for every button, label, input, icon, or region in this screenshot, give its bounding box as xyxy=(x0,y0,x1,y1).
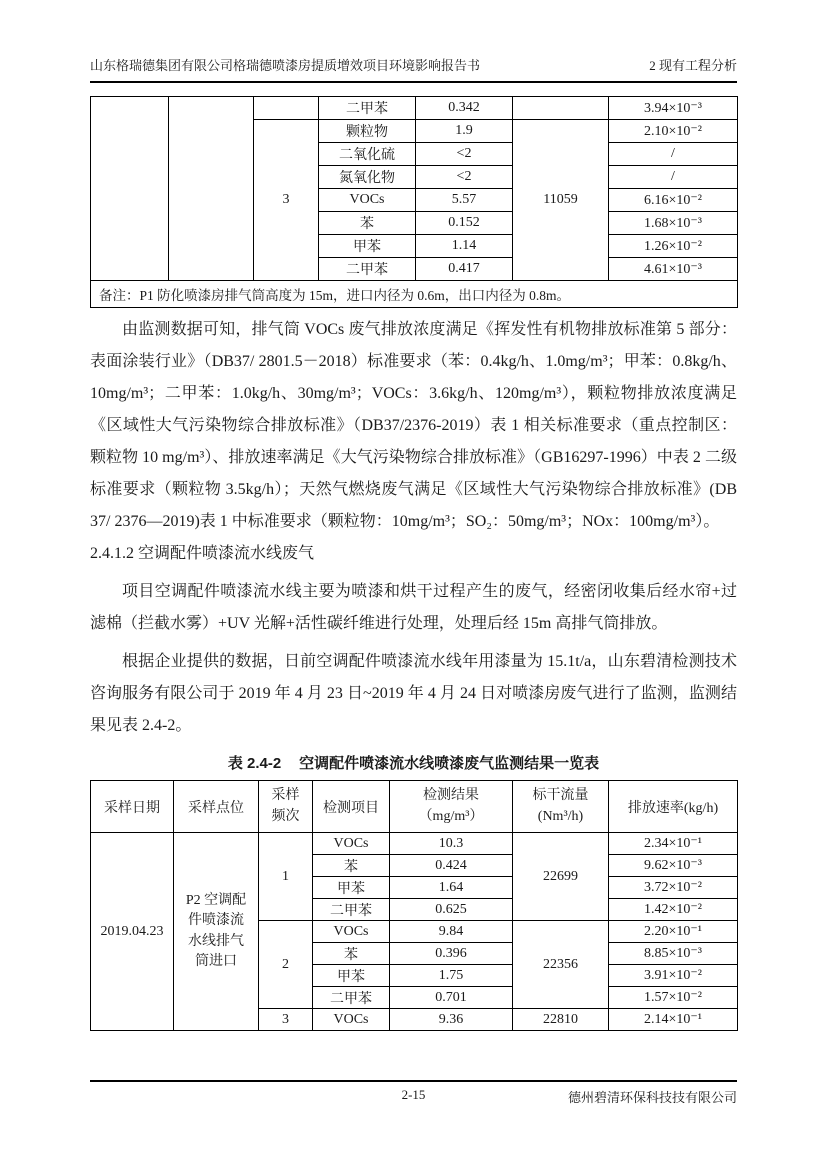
header-cell-flow: 标干流量 (Nm³/h) xyxy=(513,781,609,833)
document-page: 山东格瑞德集团有限公司格瑞德喷漆房提质增效项目环境影响报告书 2 现有工程分析 … xyxy=(0,0,827,1169)
cell-result: 9.36 xyxy=(390,1009,513,1031)
cell-rate: 1.42×10⁻² xyxy=(609,899,738,921)
cell-result: 0.152 xyxy=(416,212,513,235)
cell-item: 二甲苯 xyxy=(313,899,390,921)
paragraph-monitoring-intro: 根据企业提供的数据，日前空调配件喷漆流水线年用漆量为 15.1t/a，山东碧清检… xyxy=(90,646,737,742)
cell-rate: 1.68×10⁻³ xyxy=(609,212,738,235)
cell-rate: 2.20×10⁻¹ xyxy=(609,921,738,943)
cell-rate: 8.85×10⁻³ xyxy=(609,943,738,965)
cell-item: 苯 xyxy=(313,855,390,877)
cell-item: 颗粒物 xyxy=(319,120,416,143)
cell-result: 1.64 xyxy=(390,877,513,899)
header-cell-result: 检测结果 （mg/m³） xyxy=(390,781,513,833)
cell-item: 二甲苯 xyxy=(313,987,390,1009)
cell-result: 5.57 xyxy=(416,189,513,212)
table-row: 二甲苯 0.342 3.94×10⁻³ xyxy=(91,97,738,120)
cell-freq: 2 xyxy=(259,921,313,1009)
table-header-row: 采样日期 采样点位 采样 频次 检测项目 检测结果 （mg/m³） 标干流量 (… xyxy=(91,781,738,833)
cell-item: 二氧化硫 xyxy=(319,143,416,166)
cell-rate: 2.14×10⁻¹ xyxy=(609,1009,738,1031)
table-caption: 表 2.4-2空调配件喷漆流水线喷漆废气监测结果一览表 xyxy=(90,752,737,773)
cell-rate: / xyxy=(609,166,738,189)
cell-item: 二甲苯 xyxy=(319,258,416,281)
header-right-chapter: 2 现有工程分析 xyxy=(649,55,737,74)
page-header: 山东格瑞德集团有限公司格瑞德喷漆房提质增效项目环境影响报告书 2 现有工程分析 xyxy=(90,55,737,83)
cell-rate: 3.94×10⁻³ xyxy=(609,97,738,120)
table-p1-monitoring-continued: 二甲苯 0.342 3.94×10⁻³ 3 颗粒物 1.9 11059 2.10… xyxy=(90,96,738,308)
cell-rate: 3.72×10⁻² xyxy=(609,877,738,899)
header-cell-rate: 排放速率(kg/h) xyxy=(609,781,738,833)
cell-flow-empty xyxy=(513,97,609,120)
cell-flow: 22810 xyxy=(513,1009,609,1031)
cell-rate: 9.62×10⁻³ xyxy=(609,855,738,877)
cell-item: 二甲苯 xyxy=(319,97,416,120)
cell-item: 甲苯 xyxy=(313,965,390,987)
cell-result: 1.14 xyxy=(416,235,513,258)
header-cell-item: 检测项目 xyxy=(313,781,390,833)
header-left-title: 山东格瑞德集团有限公司格瑞德喷漆房提质增效项目环境影响报告书 xyxy=(90,55,480,74)
cell-result: 0.625 xyxy=(390,899,513,921)
cell-result: 10.3 xyxy=(390,833,513,855)
cell-freq-empty xyxy=(254,97,319,120)
cell-result: 0.342 xyxy=(416,97,513,120)
table-caption-title: 空调配件喷漆流水线喷漆废气监测结果一览表 xyxy=(299,755,599,772)
header-cell-freq: 采样 频次 xyxy=(259,781,313,833)
cell-rate: 2.34×10⁻¹ xyxy=(609,833,738,855)
section-heading-2412: 2.4.1.2 空调配件喷漆流水线废气 xyxy=(90,538,737,570)
paragraph-monitoring-conclusion: 由监测数据可知，排气筒 VOCs 废气排放浓度满足《挥发性有机物排放标准第 5 … xyxy=(90,314,737,538)
cell-result: 9.84 xyxy=(390,921,513,943)
cell-item: 甲苯 xyxy=(313,877,390,899)
cell-rate: 1.26×10⁻² xyxy=(609,235,738,258)
cell-item: VOCs xyxy=(313,921,390,943)
header-cell-location: 采样点位 xyxy=(174,781,259,833)
cell-item: VOCs xyxy=(313,833,390,855)
cell-freq: 3 xyxy=(254,120,319,281)
paragraph-line-description: 项目空调配件喷漆流水线主要为喷漆和烘干过程产生的废气，经密闭收集后经水帘+过滤棉… xyxy=(90,576,737,640)
cell-rate: 1.57×10⁻² xyxy=(609,987,738,1009)
cell-rate: / xyxy=(609,143,738,166)
cell-item: 苯 xyxy=(313,943,390,965)
page-footer: 2-15 德州碧清环保科技技有限公司 xyxy=(90,1080,737,1110)
table-caption-label: 表 2.4-2 xyxy=(228,755,281,772)
cell-rate: 4.61×10⁻³ xyxy=(609,258,738,281)
cell-sample-location: P2 空调配 件喷漆流 水线排气 筒进口 xyxy=(174,833,259,1031)
cell-date-empty xyxy=(91,97,169,281)
cell-result: <2 xyxy=(416,143,513,166)
cell-result: <2 xyxy=(416,166,513,189)
cell-item: 苯 xyxy=(319,212,416,235)
cell-result: 0.417 xyxy=(416,258,513,281)
cell-freq: 3 xyxy=(259,1009,313,1031)
cell-result: 0.424 xyxy=(390,855,513,877)
cell-result: 0.701 xyxy=(390,987,513,1009)
cell-flow: 22699 xyxy=(513,833,609,921)
cell-item: VOCs xyxy=(313,1009,390,1031)
cell-freq: 1 xyxy=(259,833,313,921)
header-cell-date: 采样日期 xyxy=(91,781,174,833)
table-row: 2019.04.23 P2 空调配 件喷漆流 水线排气 筒进口 1 VOCs 1… xyxy=(91,833,738,855)
cell-item: 甲苯 xyxy=(319,235,416,258)
footer-company: 德州碧清环保科技技有限公司 xyxy=(568,1087,737,1106)
cell-rate: 3.91×10⁻² xyxy=(609,965,738,987)
cell-sample-date: 2019.04.23 xyxy=(91,833,174,1031)
cell-rate: 2.10×10⁻² xyxy=(609,120,738,143)
table-note-row: 备注：P1 防化喷漆房排气筒高度为 15m，进口内径为 0.6m，出口内径为 0… xyxy=(91,281,738,308)
cell-result: 0.396 xyxy=(390,943,513,965)
cell-result: 1.75 xyxy=(390,965,513,987)
table-note: 备注：P1 防化喷漆房排气筒高度为 15m，进口内径为 0.6m，出口内径为 0… xyxy=(91,281,738,308)
cell-rate: 6.16×10⁻² xyxy=(609,189,738,212)
cell-flow: 22356 xyxy=(513,921,609,1009)
cell-location-empty xyxy=(169,97,254,281)
table-p2-monitoring-results: 采样日期 采样点位 采样 频次 检测项目 检测结果 （mg/m³） 标干流量 (… xyxy=(90,780,738,1031)
cell-item: 氮氧化物 xyxy=(319,166,416,189)
cell-result: 1.9 xyxy=(416,120,513,143)
cell-flow: 11059 xyxy=(513,120,609,281)
cell-item: VOCs xyxy=(319,189,416,212)
